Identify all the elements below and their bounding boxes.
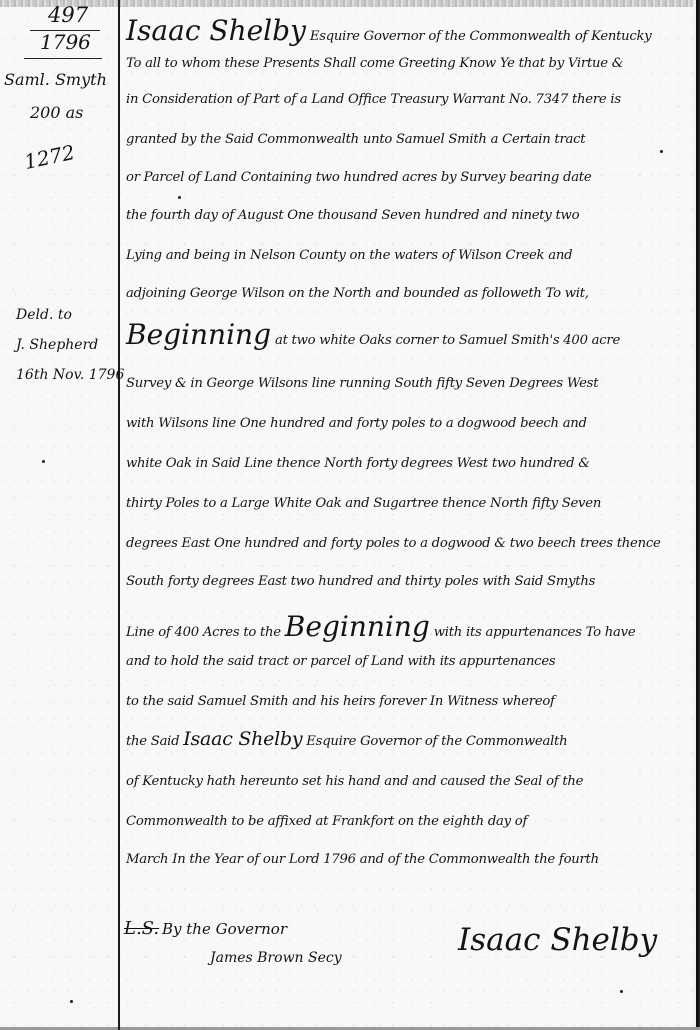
- text-line: Lying and being in Nelson County on the …: [126, 248, 572, 263]
- margin-notes: 497 1796 Saml. Smyth 200 as 1272 Deld. t…: [0, 0, 116, 1030]
- text-line: To all to whom these Presents Shall come…: [126, 56, 623, 71]
- grantee-name: Saml. Smyth: [4, 70, 107, 89]
- record-year: 1796: [40, 30, 91, 54]
- scan-speck: [660, 150, 663, 153]
- text-line: Line of 400 Acres to the Beginning with …: [126, 610, 635, 643]
- delivery-note: Deld. to J. Shepherd 16th Nov. 1796: [16, 300, 124, 390]
- margin-divider: [118, 0, 120, 1030]
- text-line-content: at two white Oaks corner to Samuel Smith…: [271, 333, 620, 348]
- text-line: and to hold the said tract or parcel of …: [126, 654, 555, 669]
- governor-signature: Isaac Shelby: [458, 922, 657, 958]
- scan-speck: [42, 460, 45, 463]
- text-line: to the said Samuel Smith and his heirs f…: [126, 694, 555, 709]
- scan-right-edge: [693, 0, 700, 1030]
- governor-name-heading: Isaac Shelby: [126, 14, 306, 47]
- scan-speck: [178, 196, 181, 199]
- text-line: South forty degrees East two hundred and…: [126, 574, 595, 589]
- text-line: white Oak in Said Line thence North fort…: [126, 456, 590, 471]
- secretary-signature: James Brown Secy: [210, 950, 342, 966]
- text-line-content: Line of 400 Acres to the: [126, 625, 285, 640]
- text-line: degrees East One hundred and forty poles…: [126, 536, 661, 551]
- text-line: Isaac Shelby Esquire Governor of the Com…: [126, 14, 652, 47]
- document-page: 497 1796 Saml. Smyth 200 as 1272 Deld. t…: [0, 0, 700, 1030]
- text-line-content: Esquire Governor of the Commonwealth of …: [306, 29, 652, 44]
- delivery-line: J. Shepherd: [16, 330, 124, 360]
- acreage: 200 as: [30, 103, 83, 122]
- text-line: adjoining George Wilson on the North and…: [126, 286, 589, 301]
- delivery-line: 16th Nov. 1796: [16, 360, 124, 390]
- by-the-governor: By the Governor: [162, 920, 287, 938]
- text-line: with Wilsons line One hundred and forty …: [126, 416, 587, 431]
- text-line: March In the Year of our Lord 1796 and o…: [126, 852, 599, 867]
- text-line: the fourth day of August One thousand Se…: [126, 208, 579, 223]
- text-line: granted by the Said Commonwealth unto Sa…: [126, 132, 585, 147]
- text-line: Survey & in George Wilsons line running …: [126, 376, 598, 391]
- scan-speck: [70, 1000, 73, 1003]
- margin-rule-2: [24, 58, 102, 59]
- text-line: of Kentucky hath hereunto set his hand a…: [126, 774, 583, 789]
- governor-name-emphasis: Isaac Shelby: [183, 728, 302, 750]
- text-line: or Parcel of Land Containing two hundred…: [126, 170, 591, 185]
- seal-mark: L.S.: [124, 918, 159, 939]
- text-line-content: with its appurtenances To have: [430, 625, 636, 640]
- record-number: 497: [48, 3, 88, 27]
- text-line-content: Esquire Governor of the Commonwealth: [302, 734, 567, 749]
- delivery-line: Deld. to: [16, 300, 124, 330]
- beginning-emphasis: Beginning: [285, 610, 430, 643]
- signature-block: L.S. By the Governor James Brown Secy Is…: [120, 918, 690, 1028]
- record-id: 1272: [22, 140, 77, 174]
- text-line: Beginning at two white Oaks corner to Sa…: [126, 318, 620, 351]
- text-line: the Said Isaac Shelby Esquire Governor o…: [126, 728, 567, 750]
- text-line-content: the Said: [126, 734, 183, 749]
- text-line: Commonwealth to be affixed at Frankfort …: [126, 814, 527, 829]
- text-line: thirty Poles to a Large White Oak and Su…: [126, 496, 601, 511]
- scan-speck: [620, 990, 623, 993]
- text-line: in Consideration of Part of a Land Offic…: [126, 92, 621, 107]
- beginning-heading: Beginning: [126, 318, 271, 351]
